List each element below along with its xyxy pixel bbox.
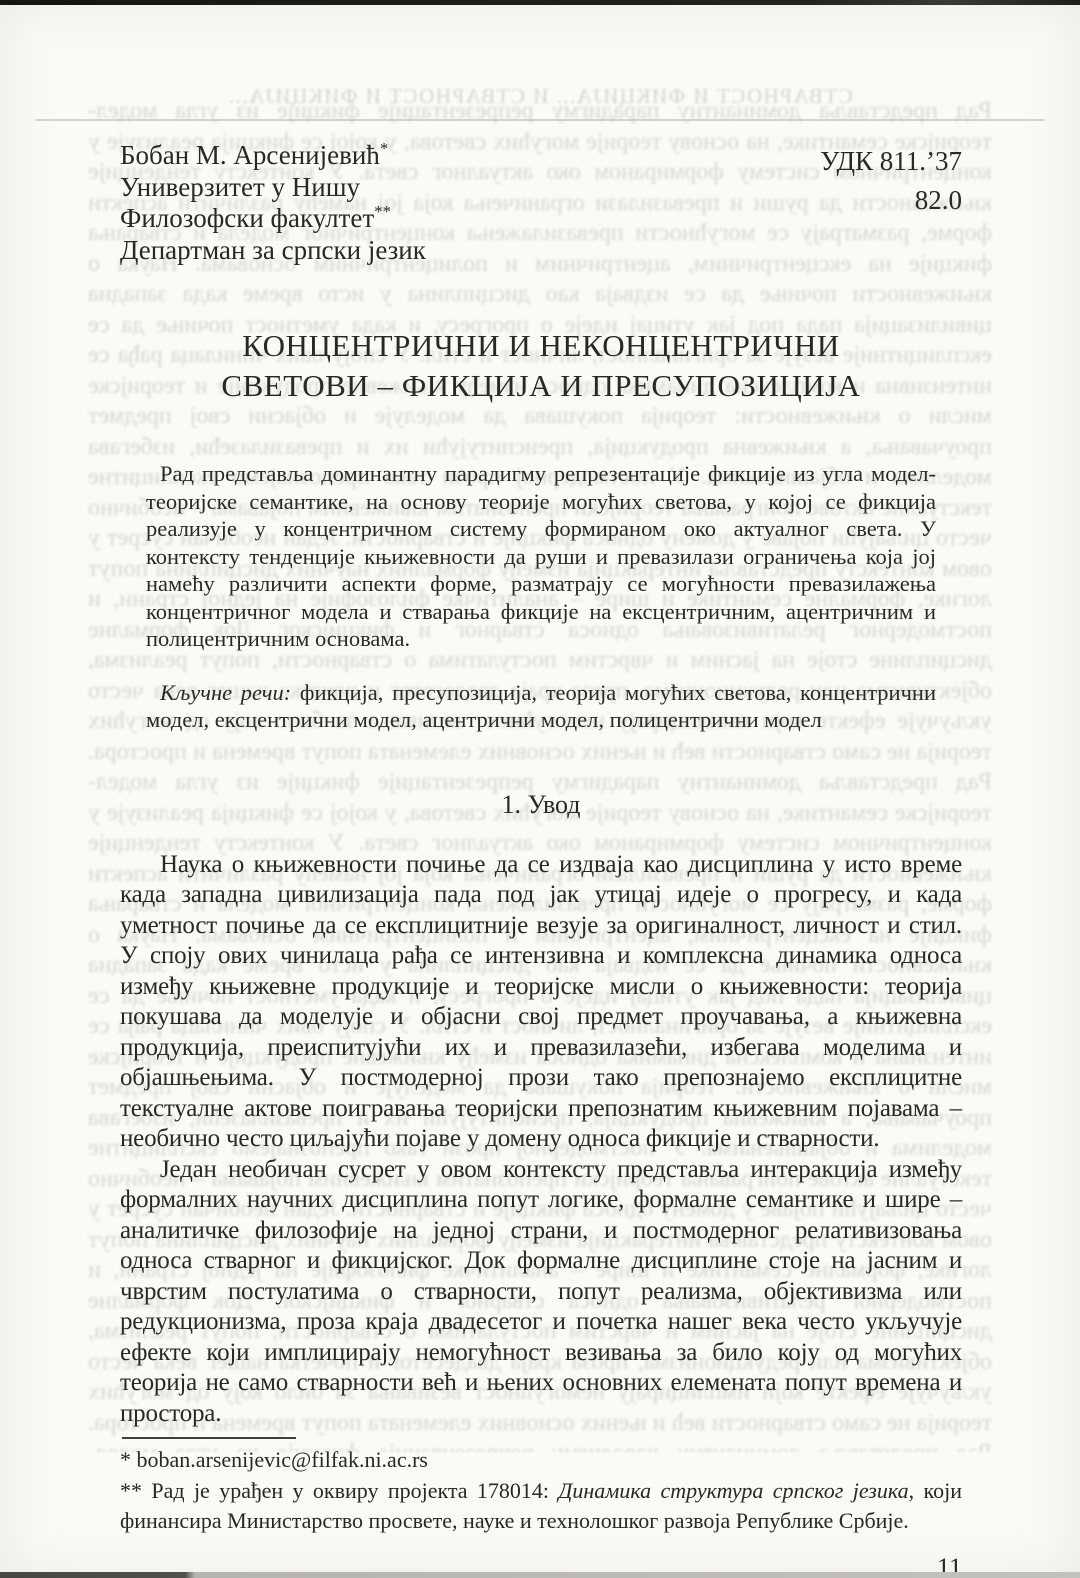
author-footnote-marker: * <box>380 139 388 158</box>
keywords-label: Кључне речи: <box>160 680 291 705</box>
article-title-line-1: КОНЦЕНТРИЧНИ И НЕКОНЦЕНТРИЧНИ <box>242 328 839 363</box>
article-title: КОНЦЕНТРИЧНИ И НЕКОНЦЕНТРИЧНИ СВЕТОВИ – … <box>120 326 962 406</box>
footnote-project: ** Рад је урађен у оквиру пројекта 17801… <box>120 1476 962 1537</box>
paragraph-2: Један необичан сусрет у овом контексту п… <box>120 1155 962 1430</box>
udc-number: УДК 811.’37 82.0 <box>820 142 962 220</box>
abstract: Рад представља доминантну парадигму репр… <box>146 460 936 653</box>
header-row: Бобан М. Арсенијевић* Универзитет у Нишу… <box>120 140 962 266</box>
author-affiliation-department: Департман за српски језик <box>120 235 962 267</box>
page-content: Бобан М. Арсенијевић* Универзитет у Нишу… <box>0 0 1080 1578</box>
keywords: Кључне речи: фикција, пресупозиција, тео… <box>146 679 936 734</box>
section-heading-introduction: 1. Увод <box>120 790 962 820</box>
paragraph-1: Наука о књижевности почиње да се издваја… <box>120 850 962 1155</box>
scan-bottom-edge <box>0 1572 1080 1578</box>
udc-line-2: 82.0 <box>820 181 962 220</box>
footnote-email: * boban.arsenijevic@filfak.ni.ac.rs <box>120 1445 962 1476</box>
footnote-separator <box>122 1437 296 1439</box>
project-title-italic: Динамика структура српског језика <box>558 1478 908 1503</box>
faculty-footnote-marker: ** <box>374 202 391 221</box>
article-title-line-2: СВЕТОВИ – ФИКЦИЈА И ПРЕСУПОЗИЦИЈА <box>221 368 860 403</box>
scanned-paper-page: СТВАРНОСТ И ФИКЦИЈА... И СТВАРНОСТ И ФИК… <box>0 0 1080 1578</box>
udc-line-1: УДК 811.’37 <box>820 142 962 181</box>
scan-top-edge <box>0 0 1080 5</box>
